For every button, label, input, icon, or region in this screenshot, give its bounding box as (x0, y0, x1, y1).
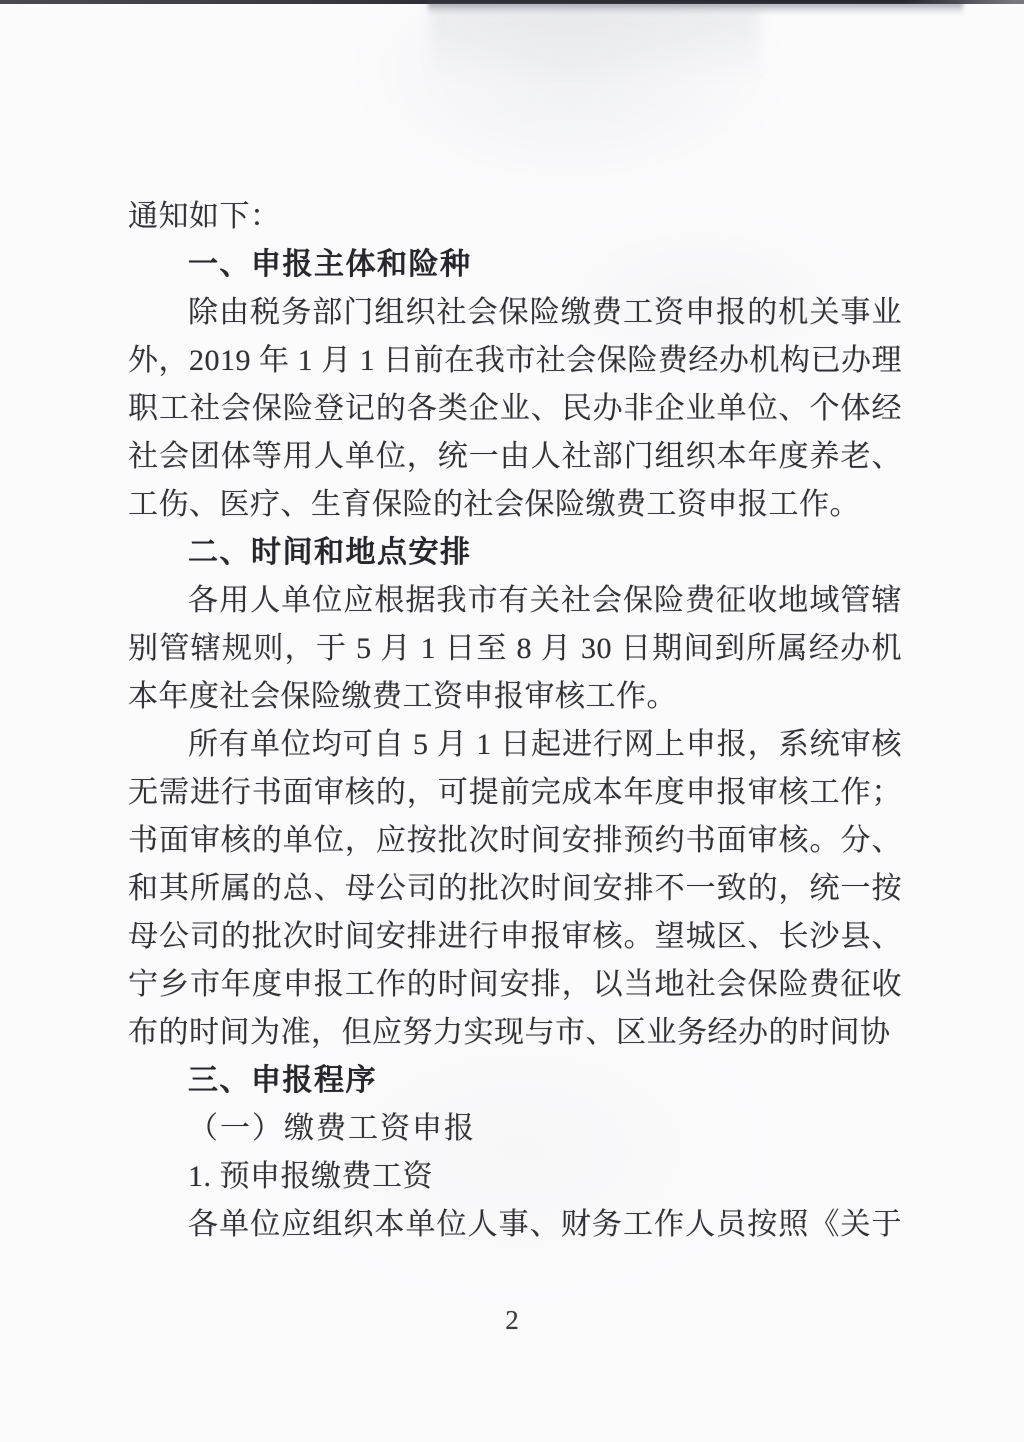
text-line: 通知如下： (128, 193, 902, 241)
text-line: 宁乡市年度申报工作的时间安排，以当地社会保险费征收机构公 (128, 961, 902, 1009)
text-line: 职工社会保险登记的各类企业、民办非企业单位、个体经济组织、 (128, 385, 902, 433)
text-line: 本年度社会保险缴费工资申报审核工作。 (128, 673, 902, 721)
text-line: 除由税务部门组织社会保险缴费工资申报的机关事业单位 (128, 289, 902, 337)
text-line: 无需进行书面审核的，可提前完成本年度申报审核工作；需进行 (128, 769, 902, 817)
paragraph: 所有单位均可自 5 月 1 日起进行网上申报，系统审核通过且无需进行书面审核的，… (128, 721, 902, 1057)
text-line: （一）缴费工资申报 (128, 1105, 902, 1153)
text-line: 工伤、医疗、生育保险的社会保险缴费工资申报工作。 (128, 481, 902, 529)
text-line: 三、申报程序 (128, 1057, 902, 1105)
text-line: 1. 预申报缴费工资 (128, 1153, 902, 1201)
text-line: 别管辖规则，于 5 月 1 日至 8 月 30 日期间到所属经办机构办理 (128, 625, 902, 673)
scanned-document-page: 通知如下：一、申报主体和险种除由税务部门组织社会保险缴费工资申报的机关事业单位外… (0, 0, 1024, 1442)
paragraph: 各用人单位应根据我市有关社会保险费征收地域管辖和级别管辖规则，于 5 月 1 日… (128, 577, 902, 721)
text-line: 和其所属的总、母公司的批次时间安排不一致的，统一按照总、 (128, 865, 902, 913)
text-line: 外，2019 年 1 月 1 日前在我市社会保险费经办机构已办理企业 (128, 337, 902, 385)
paragraph: 除由税务部门组织社会保险缴费工资申报的机关事业单位外，2019 年 1 月 1 … (128, 289, 902, 529)
page-number: 2 (0, 1300, 1024, 1340)
section-heading: 三、申报程序 (128, 1057, 902, 1105)
paragraph: 各单位应组织本单位人事、财务工作人员按照《关于工资总 (128, 1201, 902, 1249)
text-line: 二、时间和地点安排 (128, 529, 902, 577)
document-content: 通知如下：一、申报主体和险种除由税务部门组织社会保险缴费工资申报的机关事业单位外… (128, 193, 902, 1249)
paragraph: 通知如下： (128, 193, 902, 241)
text-line: 社会团体等用人单位，统一由人社部门组织本年度养老、失业、 (128, 433, 902, 481)
paragraph: 1. 预申报缴费工资 (128, 1153, 902, 1201)
text-line: 书面审核的单位，应按批次时间安排预约书面审核。分、子公司 (128, 817, 902, 865)
text-line: 各用人单位应根据我市有关社会保险费征收地域管辖和级 (128, 577, 902, 625)
sub-heading: （一）缴费工资申报 (128, 1105, 902, 1153)
text-line: 布的时间为准，但应努力实现与市、区业务经办的时间协同。 (128, 1009, 902, 1057)
text-line: 一、申报主体和险种 (128, 241, 902, 289)
section-heading: 一、申报主体和险种 (128, 241, 902, 289)
text-line: 所有单位均可自 5 月 1 日起进行网上申报，系统审核通过且 (128, 721, 902, 769)
text-line: 各单位应组织本单位人事、财务工作人员按照《关于工资总 (128, 1201, 902, 1249)
section-heading: 二、时间和地点安排 (128, 529, 902, 577)
text-line: 母公司的批次时间安排进行申报审核。望城区、长沙县、浏阳市、 (128, 913, 902, 961)
scanner-haze-artifact (430, 10, 760, 80)
